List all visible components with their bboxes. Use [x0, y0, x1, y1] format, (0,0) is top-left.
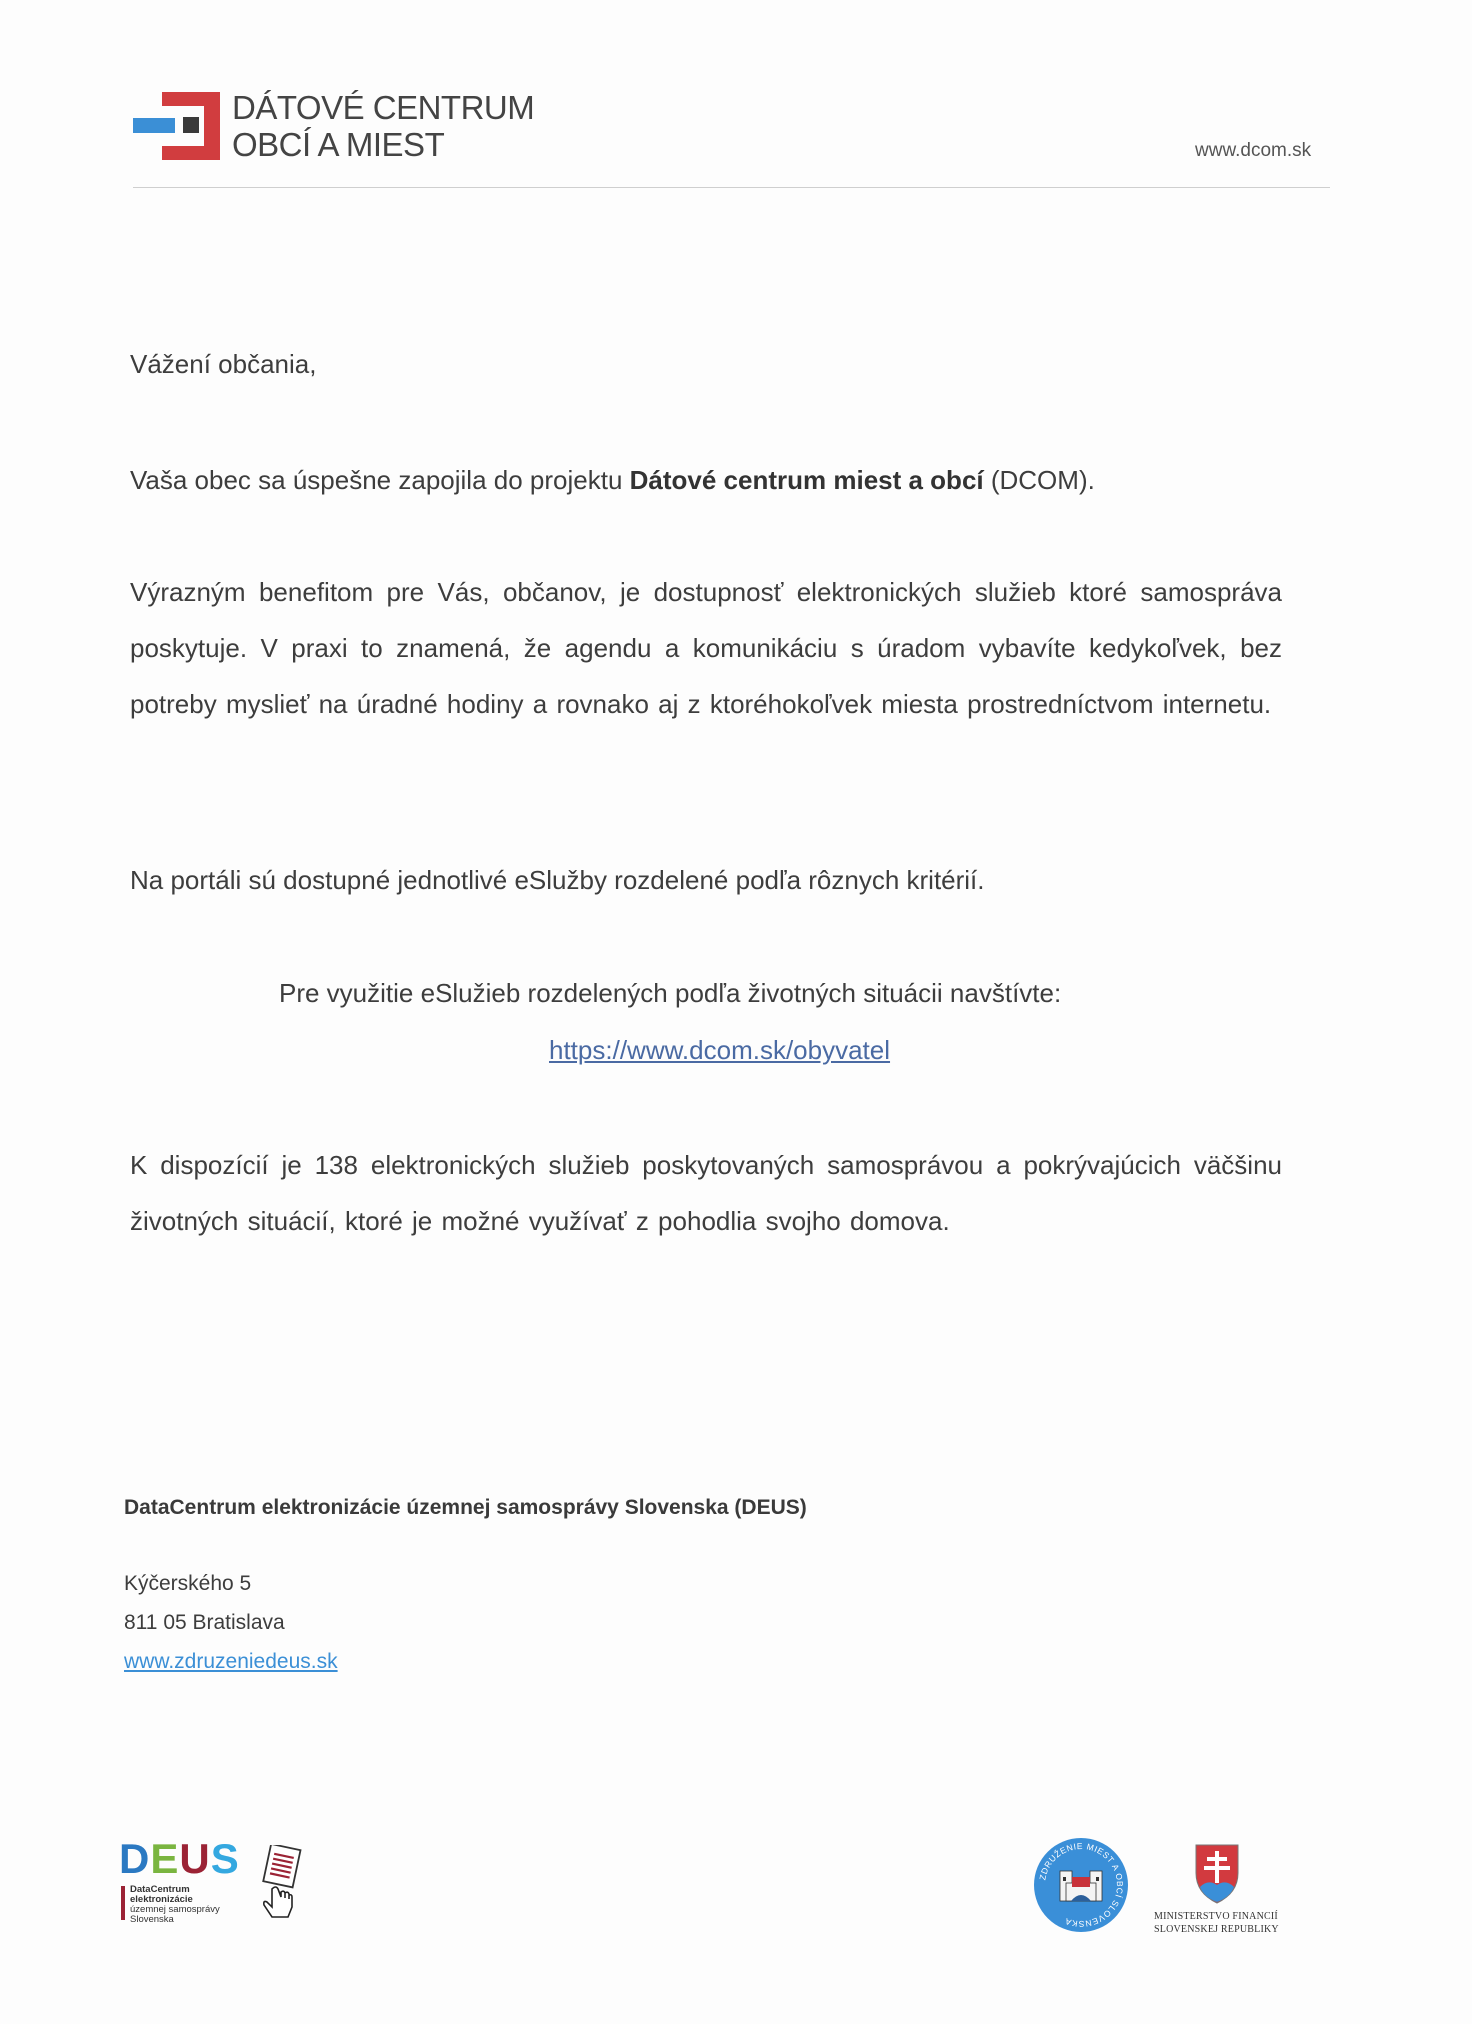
- letter-paragraph-4: Pre využitie eSlužieb rozdelených podľa …: [279, 965, 1061, 1021]
- website-link-wrapper: www.zdruzeniedeus.sk: [124, 1650, 338, 1674]
- deus-sub-line-4: Slovenska: [130, 1915, 220, 1925]
- zmos-logo: ZDRUŽENIE MIEST A OBCÍ SLOVENSKA: [1033, 1837, 1129, 1933]
- deus-wordmark: DEUS: [119, 1838, 240, 1880]
- header-site-url: www.dcom.sk: [1195, 140, 1311, 162]
- logo-line-1: DÁTOVÉ CENTRUM: [232, 89, 534, 126]
- slovak-coat-of-arms-icon: [1192, 1843, 1242, 1905]
- deus-letter-u: U: [179, 1835, 210, 1882]
- ministry-line-2: SLOVENSKEJ REPUBLIKY: [1154, 1923, 1279, 1936]
- logo-line-2: OBCÍ A MIEST: [232, 126, 534, 163]
- letter-paragraph-1: Vaša obec sa úspešne zapojila do projekt…: [130, 452, 1282, 508]
- deus-subtitle: DataCentrum elektronizácie územnej samos…: [130, 1885, 220, 1925]
- address-city: 811 05 Bratislava: [124, 1611, 285, 1635]
- website-link[interactable]: www.zdruzeniedeus.sk: [124, 1650, 338, 1673]
- obyvatel-link[interactable]: https://www.dcom.sk/obyvatel: [549, 1035, 890, 1065]
- p1-text-after: (DCOM).: [984, 465, 1095, 495]
- document-hand-pointer-icon: [258, 1845, 308, 1925]
- p1-project-name: Dátové centrum miest a obcí: [630, 465, 984, 495]
- org-name: DataCentrum elektronizácie územnej samos…: [124, 1496, 807, 1520]
- obyvatel-link-wrapper: https://www.dcom.sk/obyvatel: [549, 1022, 890, 1078]
- ministry-text: MINISTERSTVO FINANCIÍ SLOVENSKEJ REPUBLI…: [1154, 1910, 1279, 1936]
- deus-letter-s: S: [211, 1835, 240, 1882]
- ministry-line-1: MINISTERSTVO FINANCIÍ: [1154, 1910, 1279, 1923]
- logo-wordmark: DÁTOVÉ CENTRUM OBCÍ A MIEST: [232, 89, 534, 163]
- address-street: Kýčerského 5: [124, 1572, 251, 1596]
- logo-red-bracket-bottom: [162, 146, 220, 160]
- logo-blue-bar: [133, 118, 175, 133]
- deus-letter-d: D: [119, 1835, 150, 1882]
- p1-text-before: Vaša obec sa úspešne zapojila do projekt…: [130, 465, 630, 495]
- letter-paragraph-5: K dispozícií je 138 elektronických služi…: [130, 1137, 1282, 1249]
- letter-paragraph-3: Na portáli sú dostupné jednotlivé eSlužb…: [130, 852, 1282, 908]
- logo-dark-square: [183, 117, 199, 133]
- letter-greeting: Vážení občania,: [130, 336, 1282, 392]
- deus-letter-e: E: [150, 1835, 179, 1882]
- letter-paragraph-2: Výrazným benefitom pre Vás, občanov, je …: [130, 564, 1282, 732]
- header-divider: [133, 187, 1330, 188]
- deus-accent-bar: [121, 1886, 125, 1920]
